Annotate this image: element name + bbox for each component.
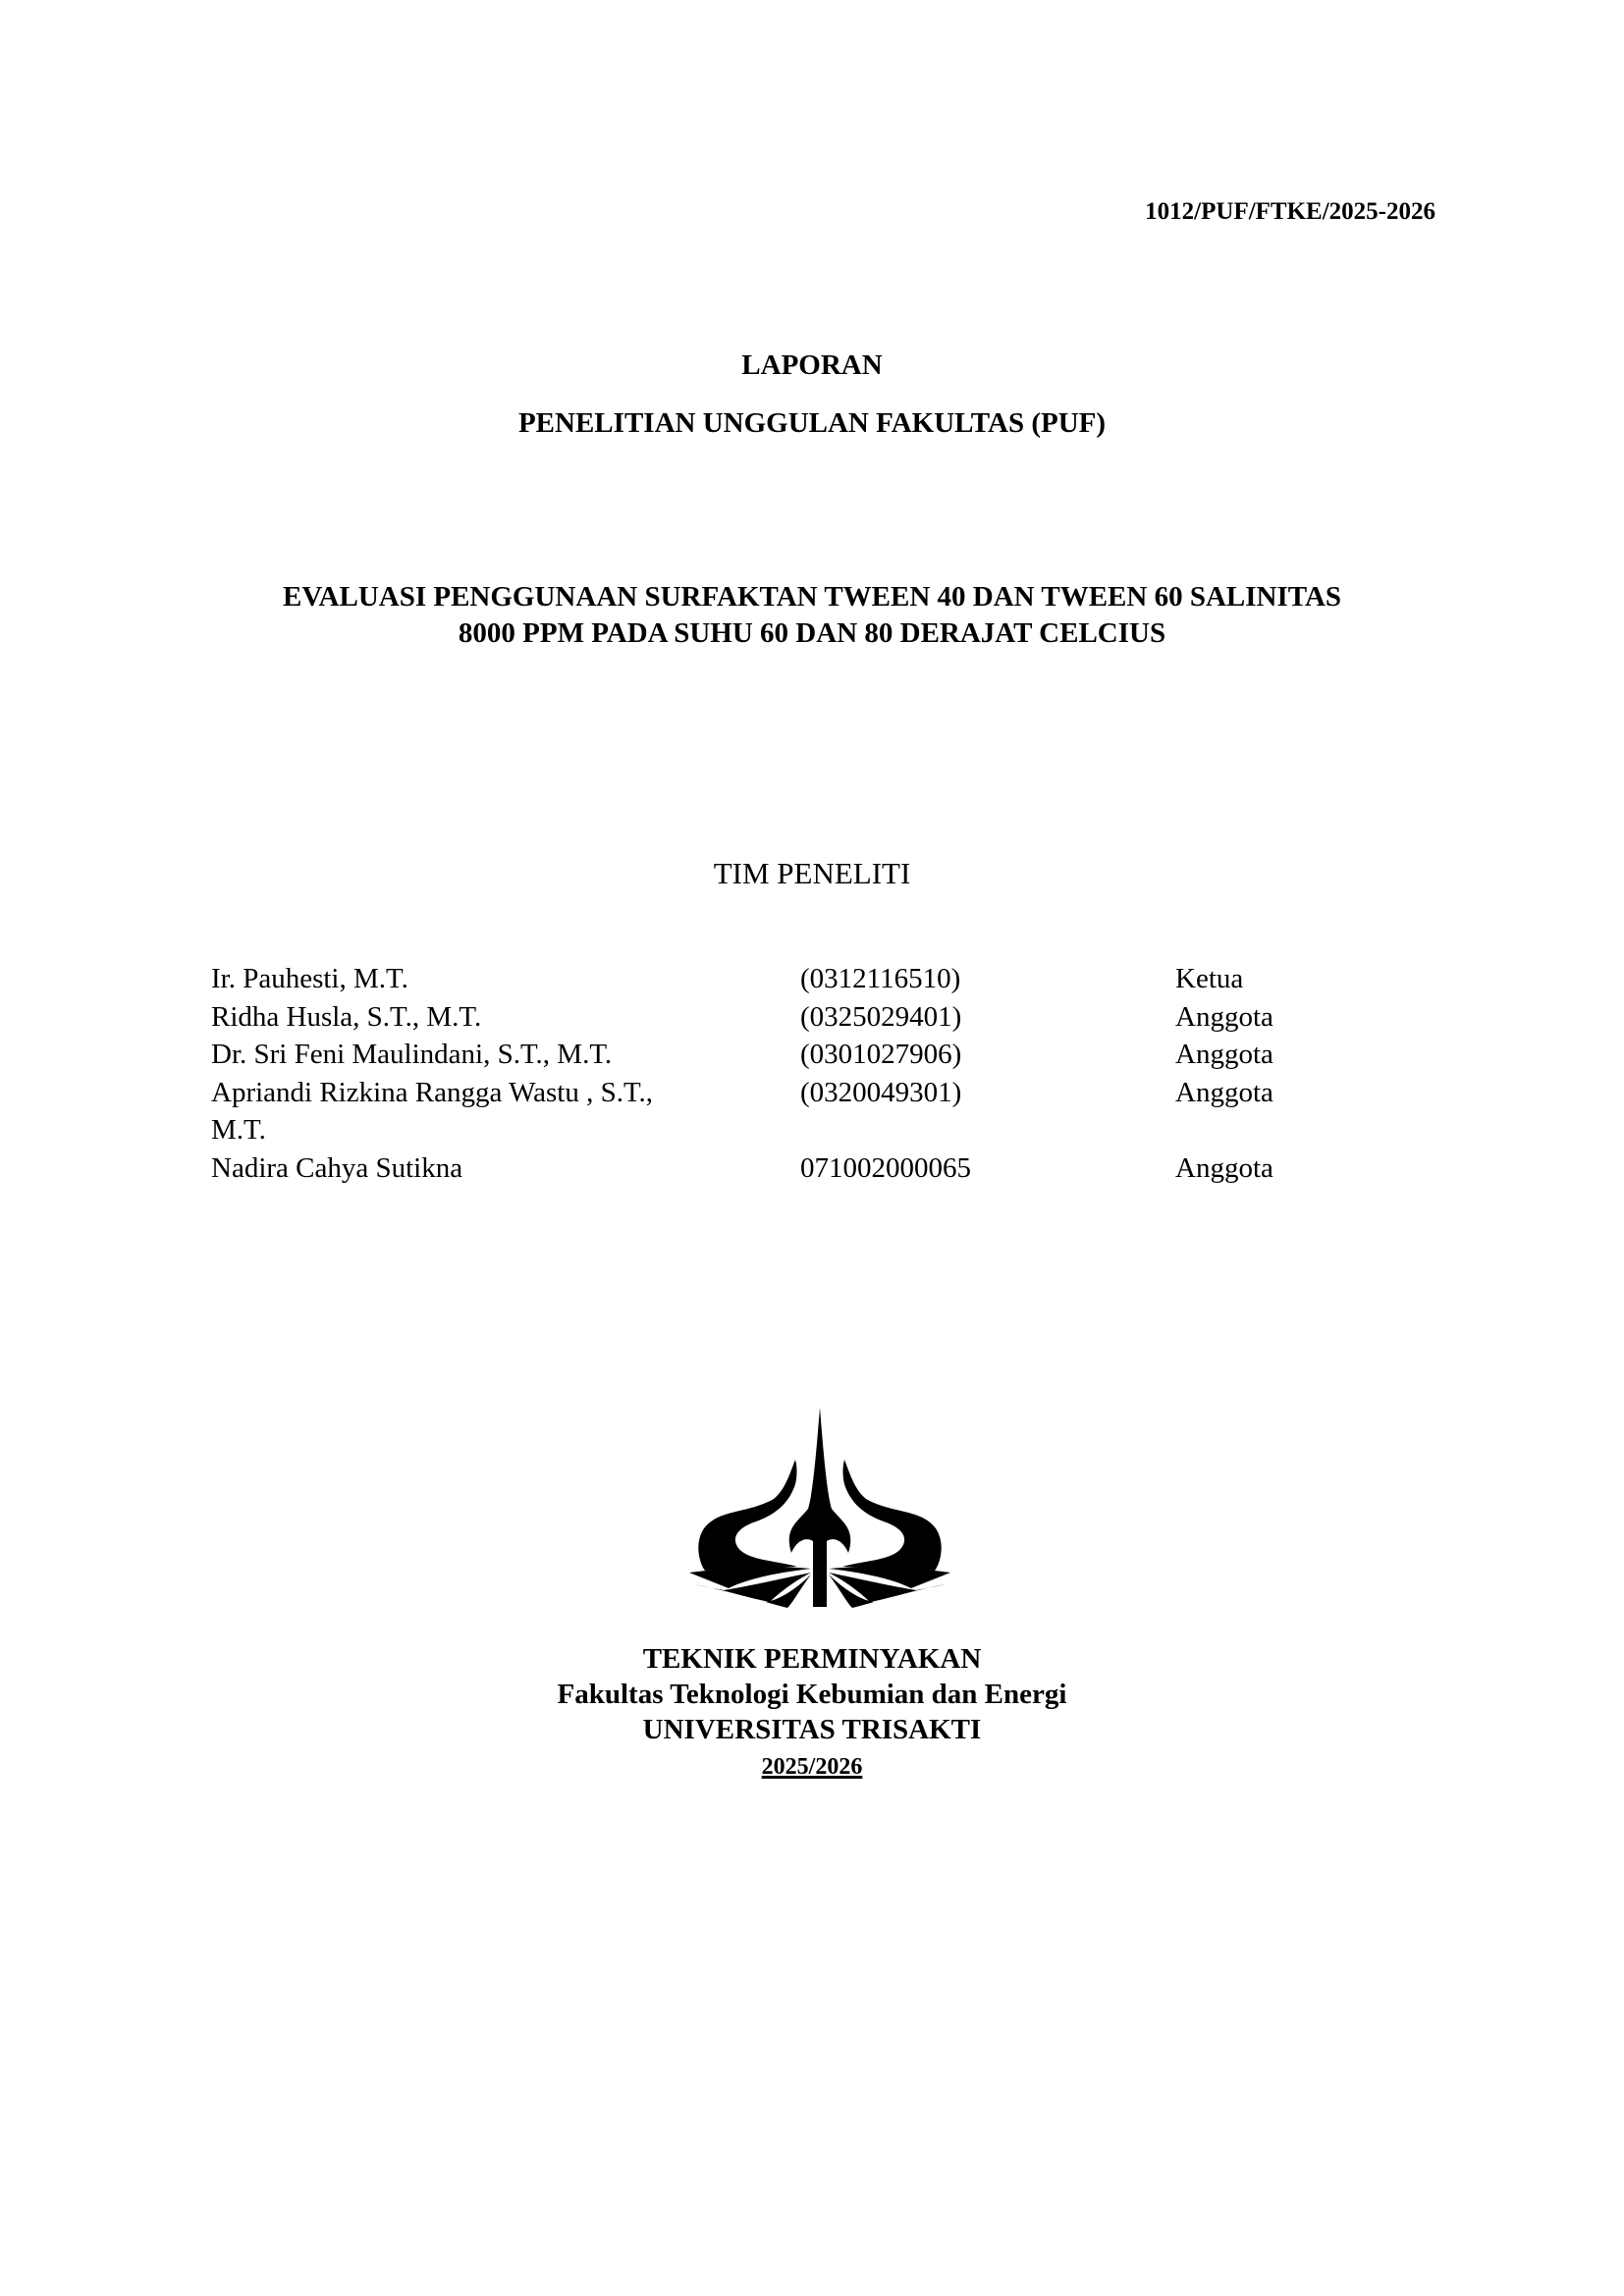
member-id: 071002000065 — [800, 1149, 971, 1188]
member-role: Anggota — [1175, 1036, 1273, 1074]
member-role: Ketua — [1175, 960, 1243, 998]
team-member-row: Dr. Sri Feni Maulindani, S.T., M.T. (030… — [211, 1036, 1389, 1074]
member-id: (0312116510) — [800, 960, 960, 998]
member-name: Ridha Husla, S.T., M.T. — [211, 998, 761, 1037]
reference-number: 1012/PUF/FTKE/2025-2026 — [1145, 198, 1435, 226]
member-role: Anggota — [1175, 1149, 1273, 1188]
institution-block: TEKNIK PERMINYAKAN Fakultas Teknologi Ke… — [0, 1641, 1624, 1783]
trisakti-university-emblem-icon — [679, 1406, 960, 1614]
team-list: Ir. Pauhesti, M.T. (0312116510) Ketua Ri… — [211, 960, 1389, 1187]
program-name: PENELITIAN UNGGULAN FAKULTAS (PUF) — [0, 407, 1624, 440]
member-id: (0320049301) — [800, 1074, 961, 1112]
member-role: Anggota — [1175, 998, 1273, 1037]
faculty-name: Fakultas Teknologi Kebumian dan Energi — [0, 1677, 1624, 1712]
university-name: UNIVERSITAS TRISAKTI — [0, 1712, 1624, 1747]
department-name: TEKNIK PERMINYAKAN — [0, 1641, 1624, 1677]
team-member-row: Nadira Cahya Sutikna 071002000065 Anggot… — [211, 1149, 1389, 1188]
member-role: Anggota — [1175, 1074, 1273, 1112]
title-line-2: 8000 PPM PADA SUHU 60 DAN 80 DERAJAT CEL… — [0, 615, 1624, 652]
member-name: Ir. Pauhesti, M.T. — [211, 960, 761, 998]
team-member-row: Apriandi Rizkina Rangga Wastu , S.T., (0… — [211, 1074, 1389, 1112]
member-name: Nadira Cahya Sutikna — [211, 1149, 761, 1188]
member-name: Dr. Sri Feni Maulindani, S.T., M.T. — [211, 1036, 761, 1074]
member-name: Apriandi Rizkina Rangga Wastu , S.T., — [211, 1074, 761, 1112]
team-member-row-continuation: M.T. — [211, 1111, 1389, 1149]
report-label: LAPORAN — [0, 349, 1624, 382]
team-member-row: Ir. Pauhesti, M.T. (0312116510) Ketua — [211, 960, 1389, 998]
member-name-continuation: M.T. — [211, 1111, 761, 1149]
member-id: (0301027906) — [800, 1036, 961, 1074]
title-line-1: EVALUASI PENGGUNAAN SURFAKTAN TWEEN 40 D… — [0, 579, 1624, 615]
report-title: EVALUASI PENGGUNAAN SURFAKTAN TWEEN 40 D… — [0, 579, 1624, 652]
team-heading: TIM PENELITI — [0, 856, 1624, 891]
member-id: (0325029401) — [800, 998, 961, 1037]
team-member-row: Ridha Husla, S.T., M.T. (0325029401) Ang… — [211, 998, 1389, 1037]
academic-year: 2025/2026 — [762, 1752, 863, 1782]
